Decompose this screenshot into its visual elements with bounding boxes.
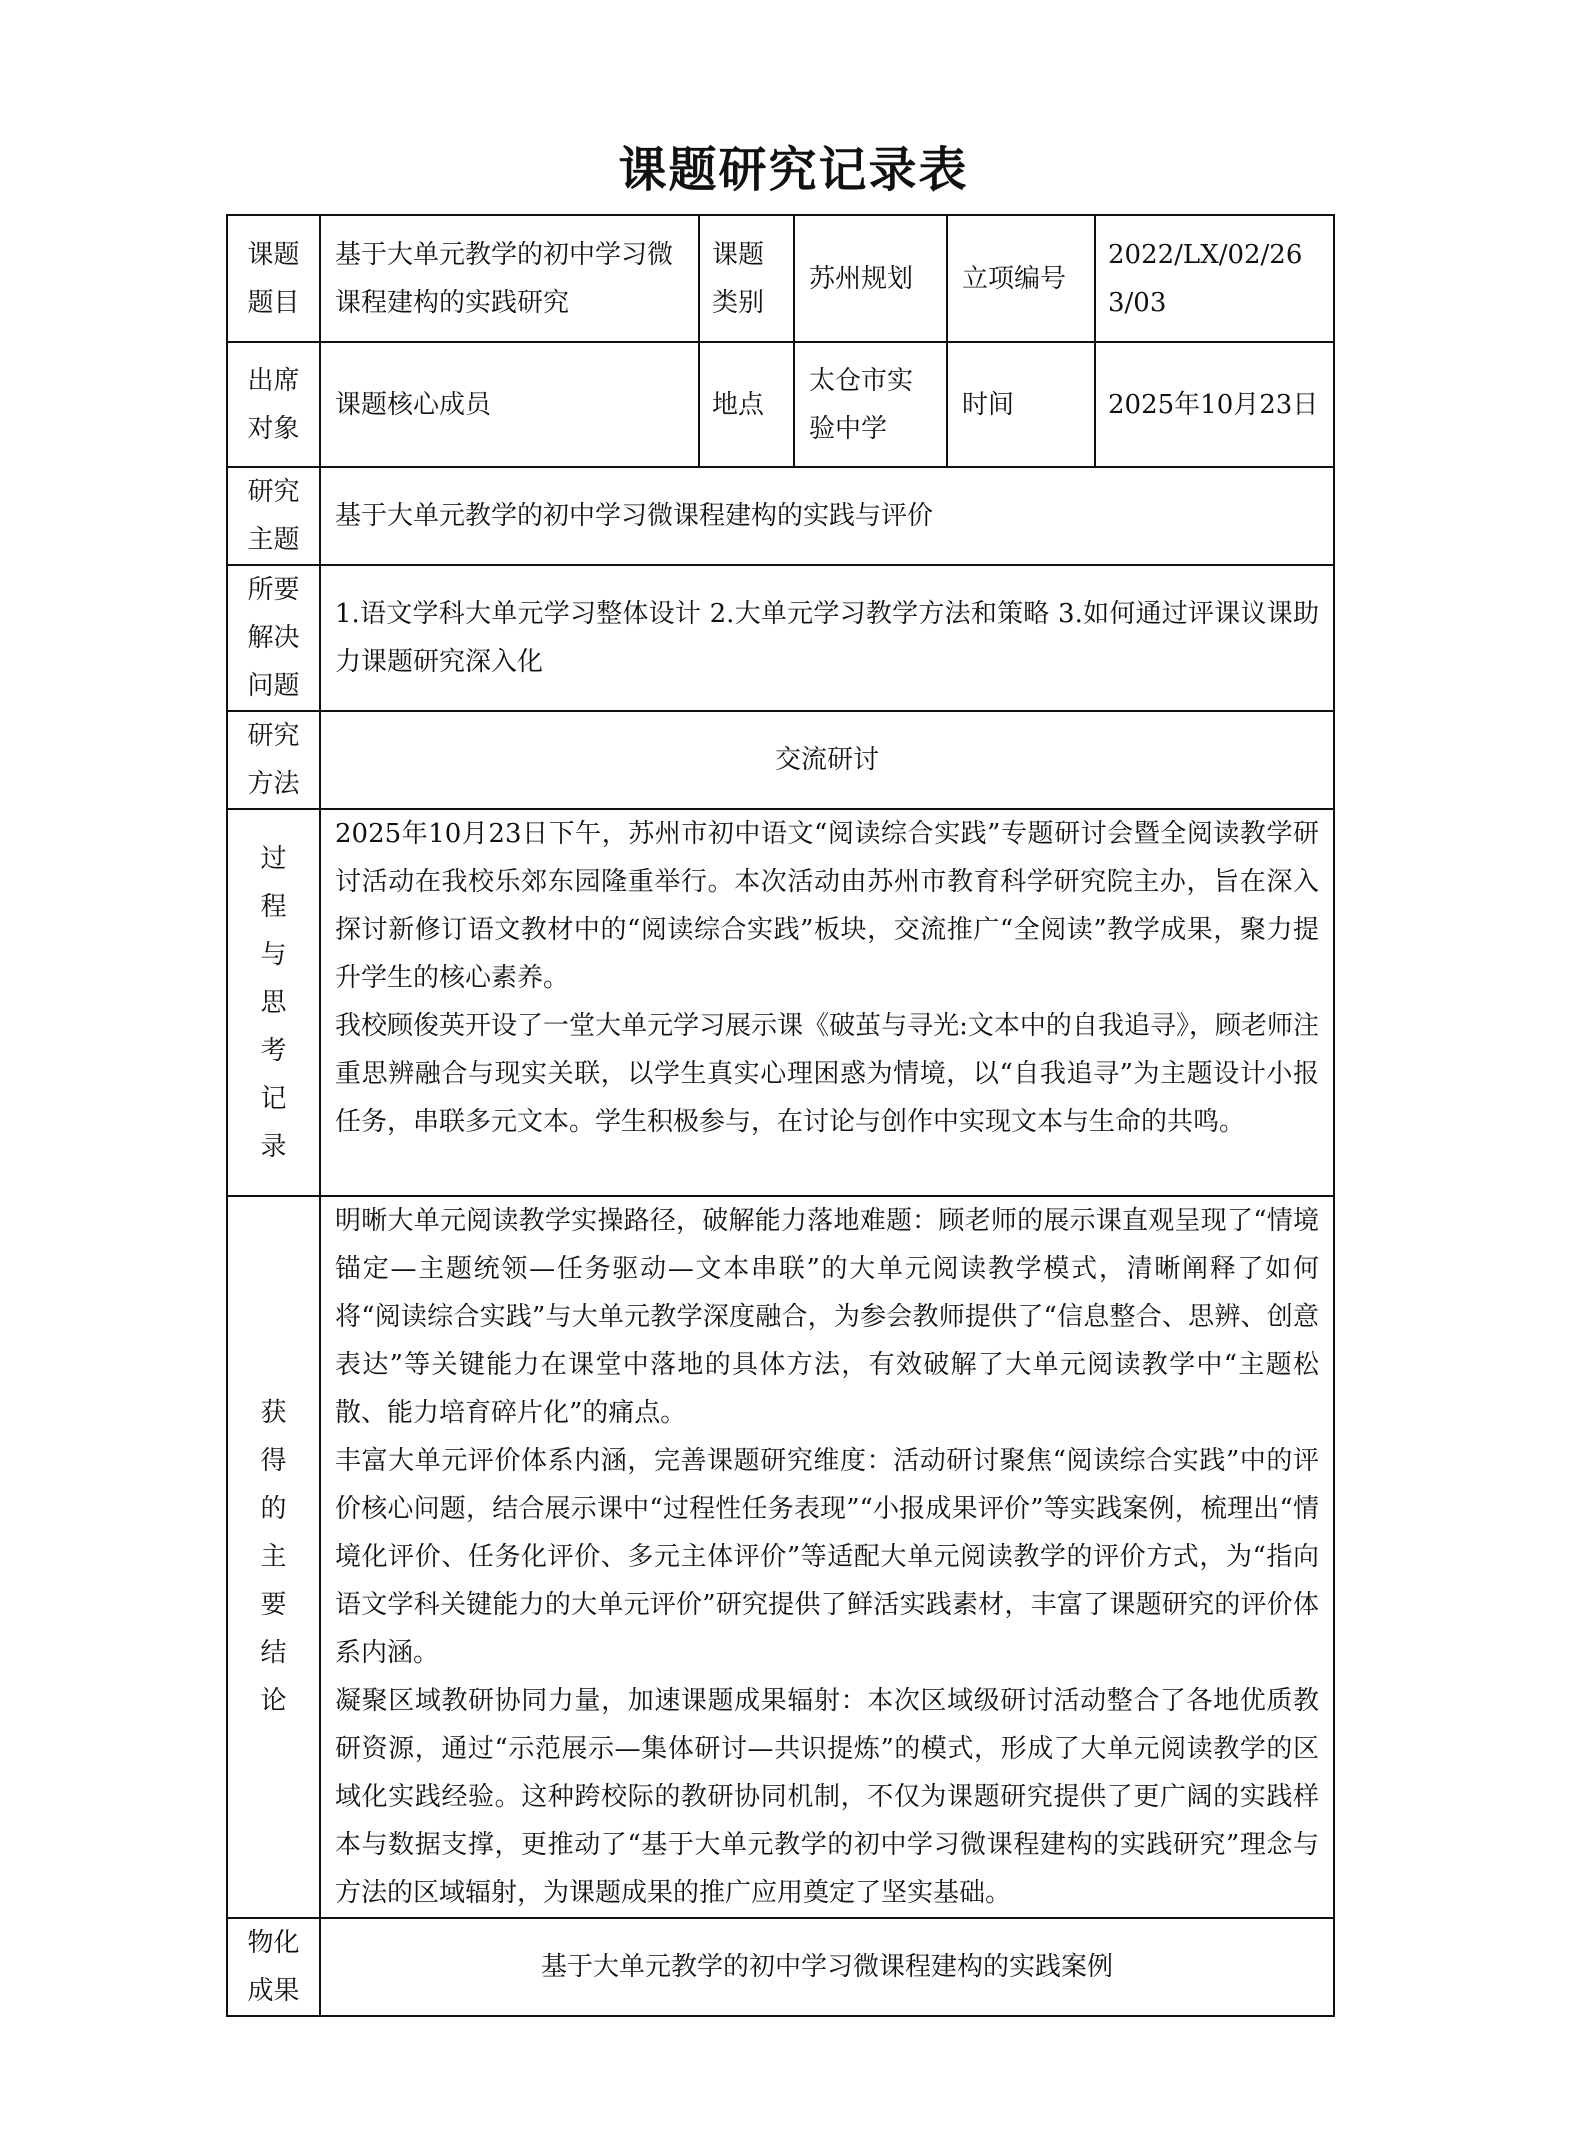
- row-outcome: 物化 成果 基于大单元教学的初中学习微课程建构的实践案例: [227, 1918, 1334, 2016]
- row-problems: 所要 解决 问题 1.语文学科大单元学习整体设计 2.大单元学习教学方法和策略 …: [227, 565, 1334, 711]
- row-topic: 课题 题目 基于大单元教学的初中学习微课程建构的实践研究 课题 类别 苏州规划 …: [227, 215, 1334, 342]
- process-label-char: 程: [242, 883, 305, 931]
- page-title: 课题研究记录表: [0, 140, 1587, 200]
- process-paragraph: 2025年10月23日下午，苏州市初中语文“阅读综合实践”专题研讨会暨全阅读教学…: [335, 810, 1319, 1002]
- process-label-char: 考: [242, 1027, 305, 1075]
- problems-label: 所要 解决 问题: [227, 565, 320, 711]
- category-label: 课题 类别: [699, 215, 794, 342]
- row-theme: 研究 主题 基于大单元教学的初中学习微课程建构的实践与评价: [227, 467, 1334, 565]
- row-method: 研究 方法 交流研讨: [227, 711, 1334, 809]
- time-value: 2025年10月23日: [1095, 342, 1334, 467]
- attendees-label: 出席 对象: [227, 342, 320, 467]
- time-label: 时间: [947, 342, 1095, 467]
- attendees-value: 课题核心成员: [320, 342, 699, 467]
- conclusions-label-char: 获: [242, 1389, 305, 1437]
- conclusions-label-char: 论: [242, 1677, 305, 1725]
- process-label: 过 程 与 思 考 记 录: [227, 809, 320, 1196]
- project-no-value: 2022/LX/02/263/03: [1095, 215, 1334, 342]
- method-label: 研究 方法: [227, 711, 320, 809]
- location-label: 地点: [699, 342, 794, 467]
- conclusions-label-char: 得: [242, 1437, 305, 1485]
- process-label-char: 过: [242, 835, 305, 883]
- research-record-table: 课题 题目 基于大单元教学的初中学习微课程建构的实践研究 课题 类别 苏州规划 …: [226, 214, 1335, 2017]
- process-content: 2025年10月23日下午，苏州市初中语文“阅读综合实践”专题研讨会暨全阅读教学…: [320, 809, 1334, 1196]
- conclusion-paragraph: 凝聚区域教研协同力量，加速课题成果辐射：本次区域级研讨活动整合了各地优质教研资源…: [335, 1677, 1319, 1917]
- outcome-label: 物化 成果: [227, 1918, 320, 2016]
- conclusions-label-char: 主: [242, 1533, 305, 1581]
- topic-value: 基于大单元教学的初中学习微课程建构的实践研究: [320, 215, 699, 342]
- theme-label: 研究 主题: [227, 467, 320, 565]
- process-paragraph: 我校顾俊英开设了一堂大单元学习展示课《破茧与寻光:文本中的自我追寻》，顾老师注重…: [335, 1002, 1319, 1146]
- conclusions-content: 明晰大单元阅读教学实操路径，破解能力落地难题：顾老师的展示课直观呈现了“情境锚定…: [320, 1196, 1334, 1918]
- outcome-value: 基于大单元教学的初中学习微课程建构的实践案例: [320, 1918, 1334, 2016]
- problems-value: 1.语文学科大单元学习整体设计 2.大单元学习教学方法和策略 3.如何通过评课议…: [320, 565, 1334, 711]
- conclusions-label-char: 要: [242, 1581, 305, 1629]
- method-value: 交流研讨: [320, 711, 1334, 809]
- conclusion-paragraph: 丰富大单元评价体系内涵，完善课题研究维度：活动研讨聚焦“阅读综合实践”中的评价核…: [335, 1437, 1319, 1677]
- category-value: 苏州规划: [794, 215, 947, 342]
- topic-label: 课题 题目: [227, 215, 320, 342]
- project-no-label: 立项编号: [947, 215, 1095, 342]
- theme-value: 基于大单元教学的初中学习微课程建构的实践与评价: [320, 467, 1334, 565]
- row-attendees: 出席 对象 课题核心成员 地点 太仓市实验中学 时间 2025年10月23日: [227, 342, 1334, 467]
- process-label-char: 思: [242, 979, 305, 1027]
- process-label-char: 与: [242, 931, 305, 979]
- conclusion-paragraph: 明晰大单元阅读教学实操路径，破解能力落地难题：顾老师的展示课直观呈现了“情境锚定…: [335, 1197, 1319, 1437]
- row-conclusions: 获 得 的 主 要 结 论 明晰大单元阅读教学实操路径，破解能力落地难题：顾老师…: [227, 1196, 1334, 1918]
- location-value: 太仓市实验中学: [794, 342, 947, 467]
- row-process: 过 程 与 思 考 记 录 2025年10月23日下午，苏州市初中语文“阅读综合…: [227, 809, 1334, 1196]
- process-label-char: 记: [242, 1075, 305, 1123]
- conclusions-label-char: 的: [242, 1485, 305, 1533]
- process-label-char: 录: [242, 1123, 305, 1171]
- conclusions-label-char: 结: [242, 1629, 305, 1677]
- conclusions-label: 获 得 的 主 要 结 论: [227, 1196, 320, 1918]
